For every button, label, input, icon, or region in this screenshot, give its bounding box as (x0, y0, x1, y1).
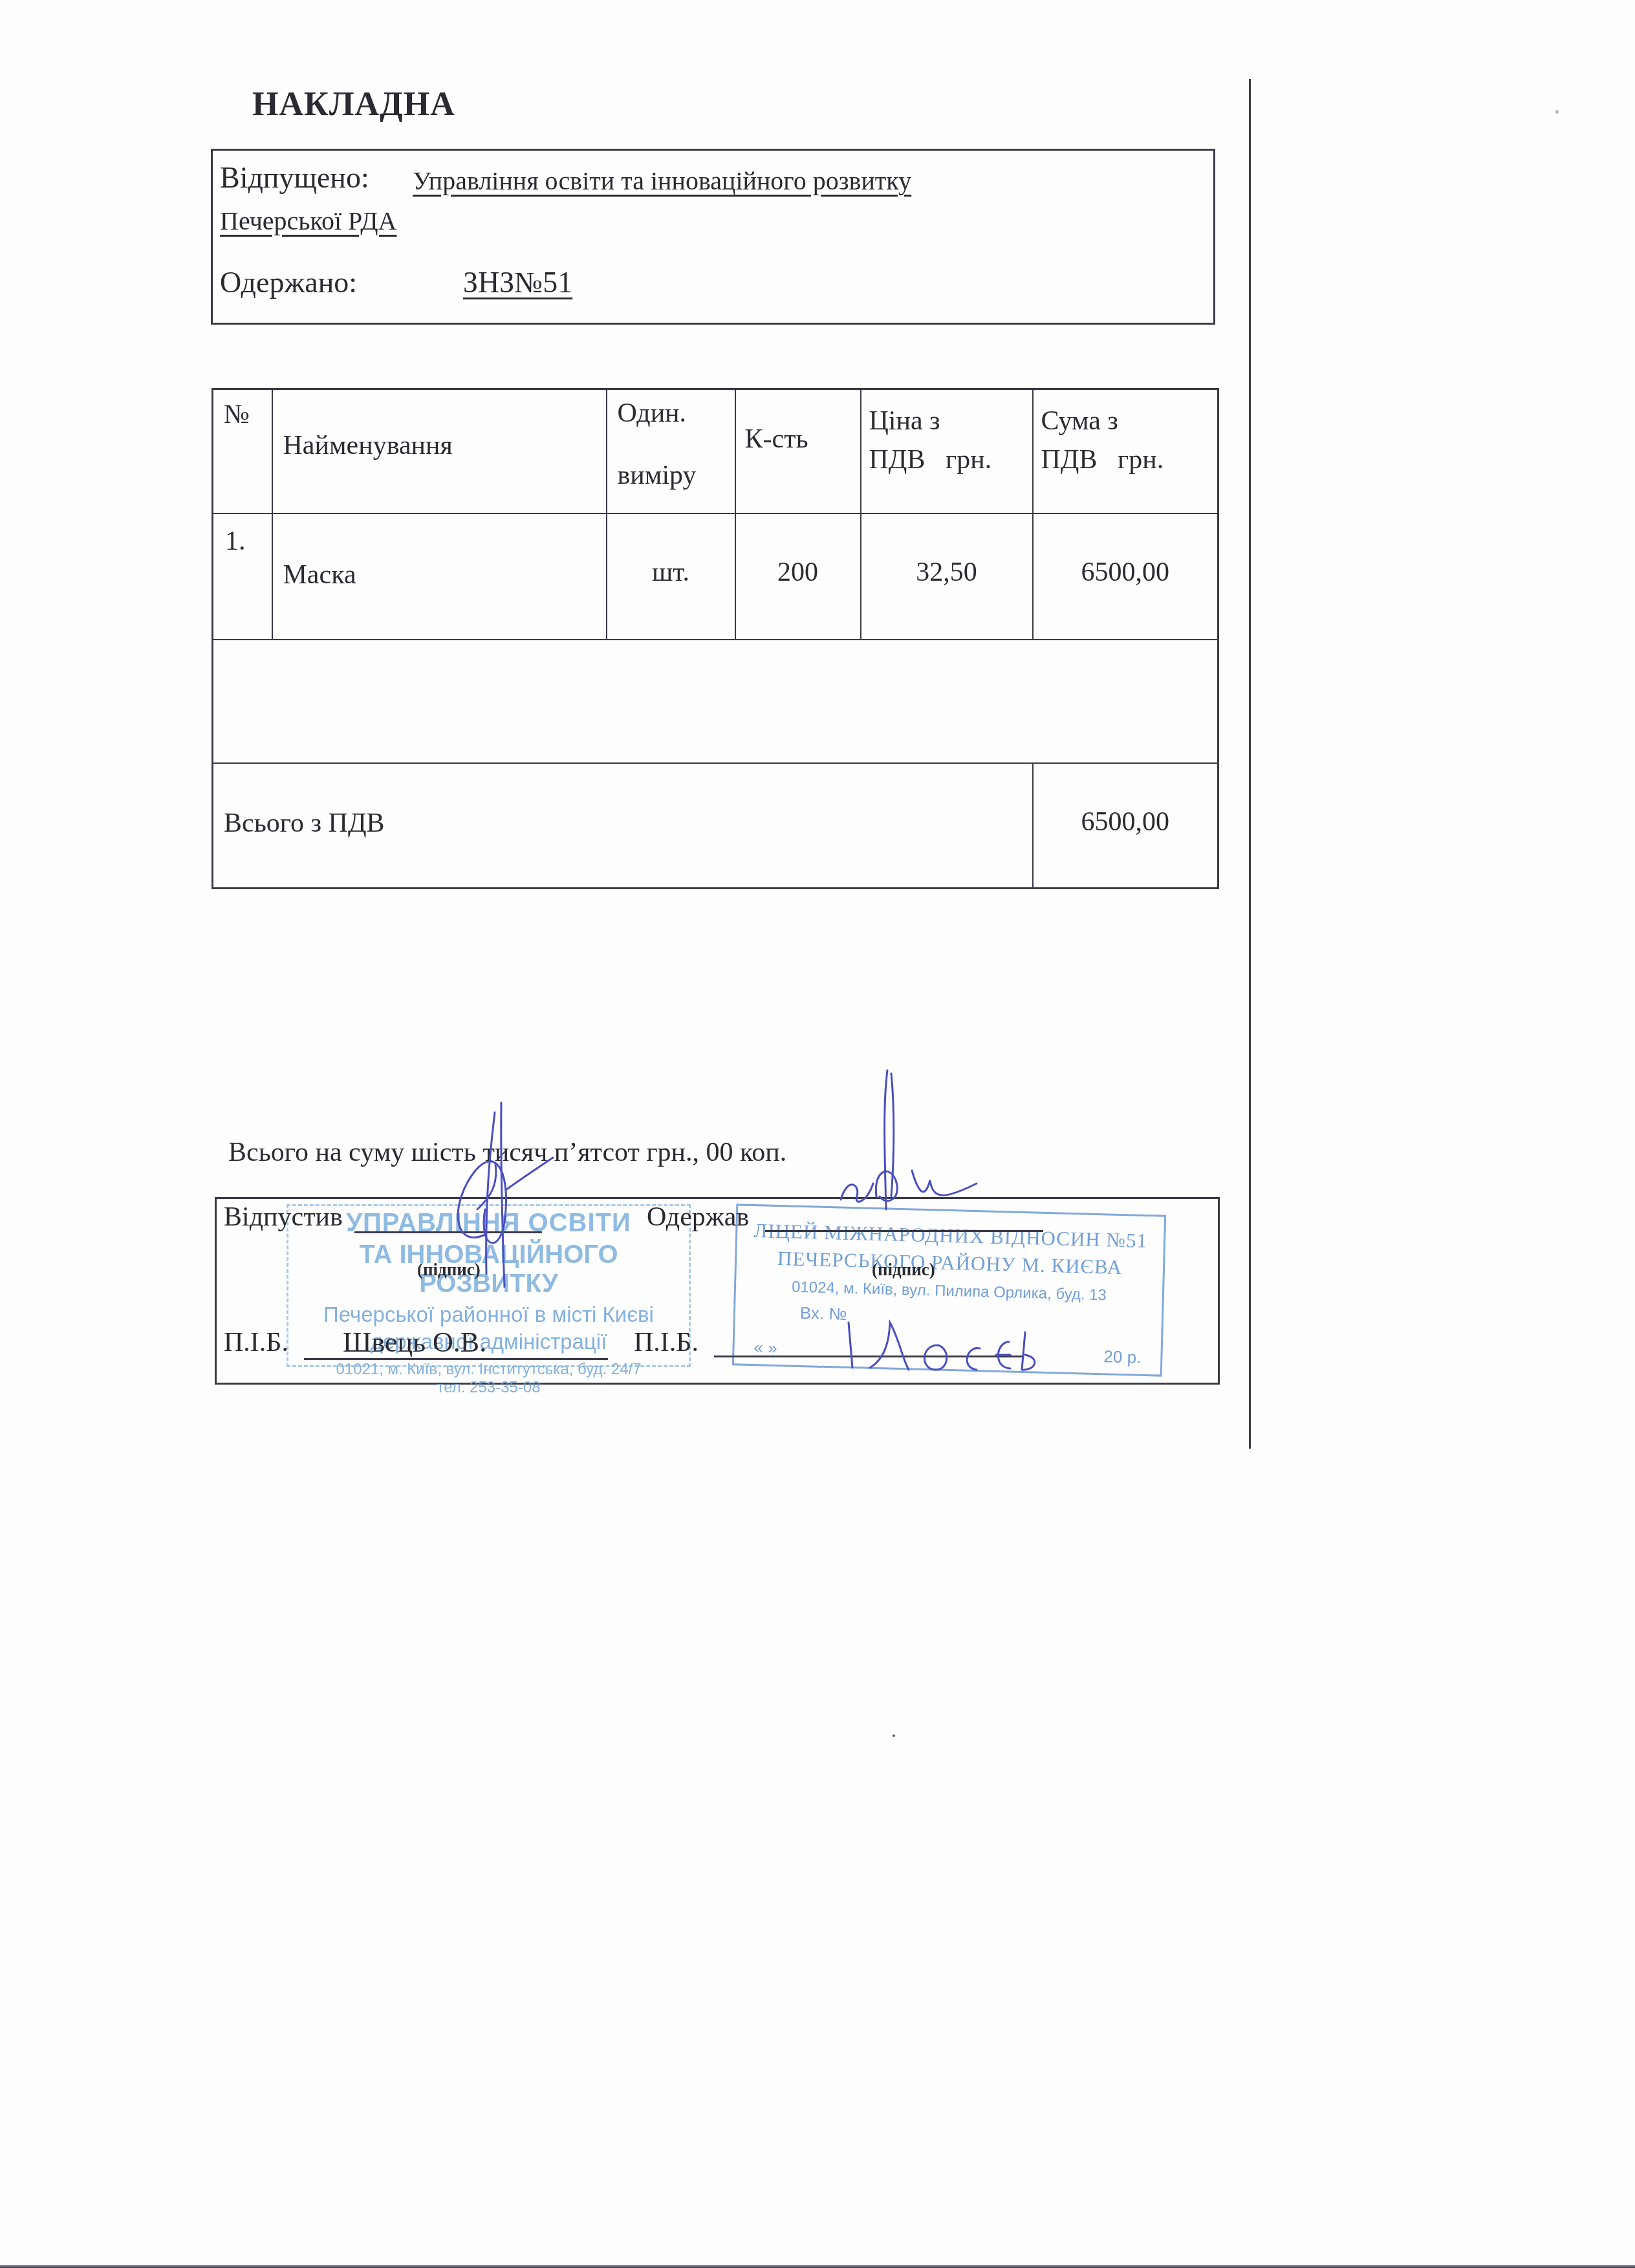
cell-no: 1. (213, 513, 272, 640)
pib-left-line (304, 1358, 608, 1360)
released-by-label: Відпустив (224, 1202, 343, 1233)
stamp-right-line3: 01024, м. Київ, вул. Пилипа Орлика, буд.… (736, 1277, 1163, 1306)
header-cell-price: Ціна з ПДВ грн. (861, 389, 1033, 513)
stamp-left-line1: УПРАВЛІННЯ ОСВІТИ (288, 1209, 689, 1238)
stamp-left-line3: Печерської районної в місті Києві (288, 1302, 689, 1327)
row-unit: шт. (607, 557, 735, 588)
blank-cell (213, 640, 1218, 763)
header-cell-name: Найменування (272, 389, 607, 513)
header-cell-unit: Один. виміру (607, 389, 735, 513)
row-qty: 200 (736, 557, 860, 588)
row-no: 1. (225, 526, 246, 557)
table-total-row: Всього з ПДВ 6500,00 (213, 763, 1218, 889)
released-label: Відпущено: (220, 160, 369, 195)
cell-price: 32,50 (861, 513, 1033, 640)
cell-sum: 6500,00 (1033, 513, 1218, 640)
stamp-left-line2: ТА ІННОВАЦІЙНОГО РОЗВИТКУ (288, 1240, 689, 1299)
released-value-line1: Управління освіти та інноваційного розви… (413, 166, 911, 196)
header-sum-line1: Сума з (1041, 405, 1118, 437)
row-sum: 6500,00 (1034, 557, 1218, 588)
pib-label-right: П.І.Б. (634, 1327, 698, 1358)
received-value: ЗНЗ№51 (397, 265, 572, 299)
table-header-row: № Найменування Один. виміру К-сть Ціна з… (213, 389, 1218, 513)
header-name: Найменування (283, 430, 453, 461)
released-value-line2: Печерської РДА (220, 206, 396, 236)
received-value-text: ЗНЗ№51 (463, 266, 572, 299)
stamp-left-line6: тел. 253-35-08 (288, 1379, 689, 1397)
total-value: 6500,00 (1034, 806, 1218, 837)
scan-speck (893, 1734, 895, 1737)
total-value-cell: 6500,00 (1033, 763, 1218, 889)
signature-received-by (815, 1067, 983, 1216)
stamp-right-date-year: 20 р. (1103, 1346, 1142, 1368)
header-price-line1: Ціна з (869, 405, 940, 437)
header-cell-qty: К-сть (735, 389, 861, 513)
scan-speck (1555, 110, 1559, 114)
table-blank-row (213, 640, 1218, 763)
received-by-label: Одержав (647, 1202, 749, 1233)
signature-caption-right: (підпис) (872, 1260, 935, 1280)
cell-qty: 200 (735, 513, 861, 640)
stamp-right-line4: Вх. № (735, 1301, 1162, 1332)
total-label: Всього з ПДВ (224, 808, 385, 839)
stamp-left-line5: 01021, м. Київ, вул. Інститутська, буд. … (288, 1361, 689, 1379)
signature-caption-left: (підпис) (417, 1260, 481, 1280)
cell-name: Маска (272, 513, 607, 640)
table-row: 1. Маска шт. 200 32,50 6500,00 (213, 513, 1218, 640)
items-table: № Найменування Один. виміру К-сть Ціна з… (211, 388, 1219, 889)
header-qty: К-сть (745, 424, 808, 455)
row-name: Маска (283, 559, 356, 590)
received-by-signature-line (765, 1230, 1043, 1232)
header-unit-line1: Один. (618, 398, 687, 429)
margin-rule (1249, 79, 1251, 1449)
pib-label-left: П.І.Б. (224, 1327, 288, 1358)
header-cell-no: № (213, 389, 272, 513)
header-sum-line2: ПДВ грн. (1041, 444, 1164, 475)
cell-unit: шт. (607, 513, 735, 640)
header-cell-sum: Сума з ПДВ грн. (1033, 389, 1218, 513)
document-title: НАКЛАДНА (252, 85, 455, 124)
header-unit-line2: виміру (618, 460, 697, 491)
released-by-signature-line (354, 1231, 542, 1233)
stamp-right-date-line: « » 20 р. (734, 1337, 1161, 1368)
header-price-line2: ПДВ грн. (869, 444, 992, 475)
received-label: Одержано: (220, 265, 357, 299)
total-label-cell: Всього з ПДВ (213, 763, 1033, 889)
header-no: № (224, 399, 250, 430)
pib-right-line (714, 1355, 1023, 1357)
released-by-name: Швець О.В. (343, 1326, 486, 1359)
amount-in-words: Всього на суму шість тисяч п’ятсот грн.,… (228, 1137, 786, 1168)
row-price: 32,50 (861, 557, 1032, 588)
scan-bottom-edge (0, 2265, 1635, 2268)
